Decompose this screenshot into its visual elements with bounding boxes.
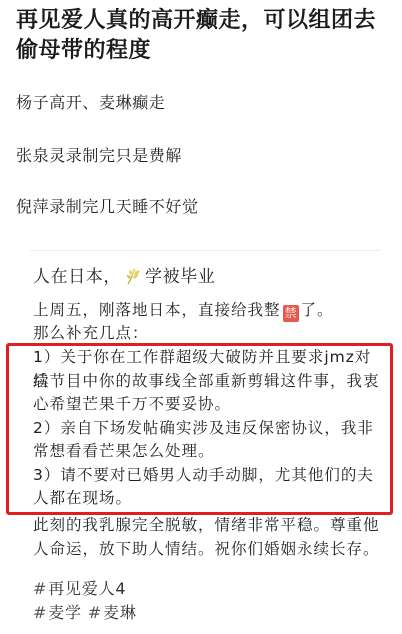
point-1-line-3: 心希望芒果千万不要妥协。 bbox=[33, 393, 383, 417]
article-line-2: 张泉灵录制完只是费解 bbox=[16, 146, 182, 166]
closing-line-1: 此刻的我乳腺完全脱敏，情绪非常平稳。尊重他 bbox=[33, 514, 380, 537]
post-intro-prefix: 上周五，刚落地日本，直接给我整 bbox=[33, 301, 281, 319]
point-2-line-1: 2）亲自下场发帖确实涉及违反保密协议，我非 bbox=[33, 417, 383, 441]
hashtag-link[interactable]: #麦学 bbox=[33, 603, 82, 622]
article-header-section: 再见爱人真的高开癫走，可以组团去偷母带的程度 杨子高开、麦琳癫走 张泉灵录制完只… bbox=[0, 0, 402, 250]
post-heading: 人在日本， 学被毕业 bbox=[33, 266, 215, 288]
prohibited-emoji-icon: 禁 bbox=[283, 305, 299, 322]
point-1-line-2: 续节目中你的故事线全部重新剪辑这件事，我衷 bbox=[33, 370, 383, 394]
article-line-3: 倪萍录制完几天睡不好觉 bbox=[16, 197, 199, 217]
supplement-label: 那么补充几点： bbox=[33, 322, 149, 345]
post-intro-suffix: 了。 bbox=[301, 301, 334, 319]
post-heading-prefix: 人在日本， bbox=[33, 267, 121, 287]
post-intro-line: 上周五，刚落地日本，直接给我整禁了。 bbox=[33, 299, 334, 322]
hash-icon: # bbox=[88, 603, 102, 622]
point-3-line-2: 人都在现场。 bbox=[33, 487, 383, 511]
post-heading-suffix: 学被毕业 bbox=[145, 267, 215, 287]
rice-ear-icon bbox=[125, 267, 143, 285]
hashtag-link[interactable]: #再见爱人4 bbox=[33, 579, 126, 598]
hashtag-link[interactable]: #麦琳 bbox=[88, 603, 137, 622]
hashtag-row-2: #麦学#麦琳 bbox=[33, 602, 137, 624]
article-line-1: 杨子高开、麦琳癫走 bbox=[16, 93, 165, 113]
article-title: 再见爱人真的高开癫走，可以组团去偷母带的程度 bbox=[16, 6, 391, 66]
closing-line-2: 人命运，放下助人情结。祝你们婚姻永续长存。 bbox=[33, 538, 380, 561]
hashtag-row-1: #再见爱人4 bbox=[33, 578, 126, 600]
section-divider bbox=[30, 250, 380, 251]
hash-icon: # bbox=[33, 579, 47, 598]
point-2-line-2: 常想看看芒果怎么处理。 bbox=[33, 440, 383, 464]
hash-icon: # bbox=[33, 603, 47, 622]
point-3-line-1: 3）请不要对已婚男人动手动脚，尤其他们的夫 bbox=[33, 464, 383, 488]
